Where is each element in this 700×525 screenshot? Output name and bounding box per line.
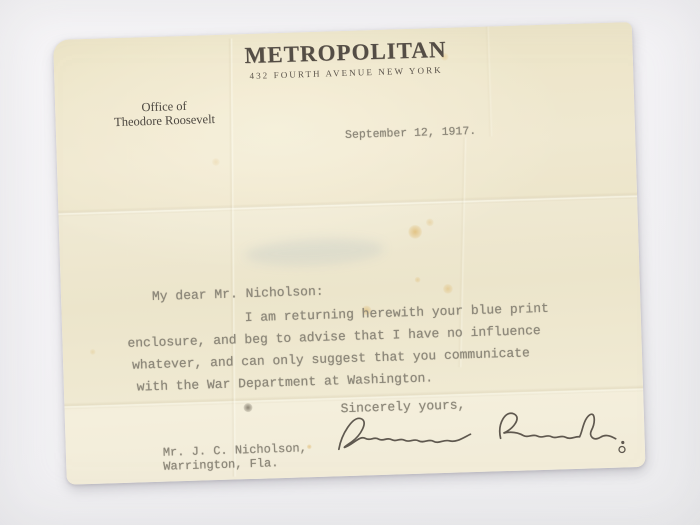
stain [426, 218, 434, 226]
stain [415, 277, 421, 283]
stain [90, 349, 96, 355]
office-of-name: Theodore Roosevelt [101, 112, 227, 129]
stain [307, 444, 312, 449]
stain [212, 158, 220, 166]
office-of-block: Office of Theodore Roosevelt [101, 99, 228, 130]
date-text: September 12, 1917. [345, 125, 476, 142]
signature-handwriting [329, 394, 643, 466]
body-line-4: with the War Department at Washington. [137, 370, 434, 394]
stain [443, 284, 453, 294]
stain [408, 225, 422, 239]
letter-paper: METROPOLITAN 432 FOURTH AVENUE NEW YORK … [53, 22, 646, 485]
salutation-text: My dear Mr. Nicholson: [152, 284, 324, 304]
ink-transfer-smudge [244, 236, 385, 269]
body-line-3: whatever, and can only suggest that you … [132, 345, 530, 372]
photo-background: METROPOLITAN 432 FOURTH AVENUE NEW YORK … [0, 0, 700, 525]
body-line-1: I am returning herewith your blue print [244, 301, 549, 325]
fold-crease-vertical-left [228, 39, 237, 477]
ink-speck [243, 403, 252, 412]
fold-crease-horizontal-upper [58, 192, 637, 217]
letterhead: METROPOLITAN 432 FOURTH AVENUE NEW YORK [193, 35, 498, 82]
recipient-line-2: Warrington, Fla. [163, 456, 279, 474]
